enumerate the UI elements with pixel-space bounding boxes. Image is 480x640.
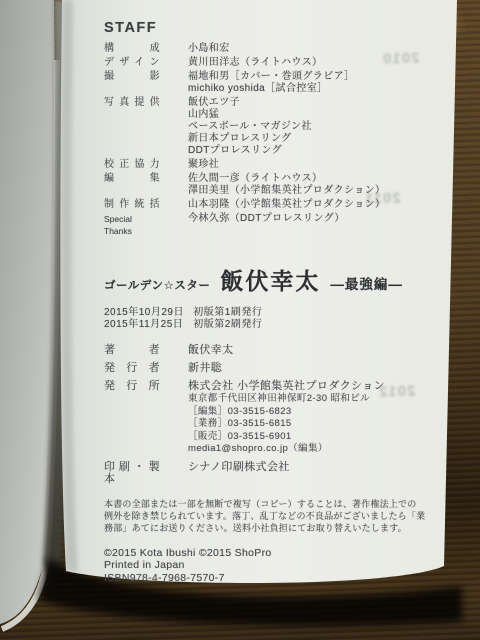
notice-line: 務部」あてにお送りください。送料小社負担にてお取り替えいたします。 [104, 522, 434, 534]
publisher-phone-editorial: ［編集］03-3515-6823 [188, 406, 434, 418]
publisher-phone-operations: ［業務］03-3515-6815 [188, 418, 434, 430]
notice-line: 本書の全部または一部を無断で複写（コピー）することは、著作権法上での [104, 498, 434, 510]
edition-line: 2015年11月25日 初版第2刷発行 [104, 319, 434, 331]
edition-line: 2015年10月29日 初版第1刷発行 [104, 307, 434, 319]
publication-label: 発行所 [104, 380, 160, 456]
staff-role-label: 編集 [104, 173, 160, 197]
publisher-row: 発行所 株式会社 小学館集英社プロダクション 東京都千代田区神田神保町2-30 … [104, 380, 434, 456]
staff-row-photo-credit: 写真提供 飯伏エツ子 山内猛 ベースボール・マガジン社 新日本プロレスリング D… [104, 97, 434, 157]
colophon-content: STAFF 構成 小島和宏 デザイン 黄川田洋志（ライトハウス） 撮影 福地和男… [62, 0, 458, 584]
notice-line: 例外を除き禁じられています。落丁、乱丁などの不良品がございましたら「業 [104, 510, 434, 522]
staff-credit: 山本羽隆（小学館集英社プロダクション） [188, 199, 434, 211]
copyright-notice: 本書の全部または一部を無断で複写（コピー）することは、著作権法上での 例外を除き… [104, 498, 434, 534]
staff-row-composition: 構成 小島和宏 [104, 43, 434, 55]
staff-row-production: 制作統括 山本羽隆（小学館集英社プロダクション） [104, 199, 434, 211]
edition-date: 2015年10月29日 [104, 307, 190, 319]
staff-row-design: デザイン 黄川田洋志（ライトハウス） [104, 57, 434, 69]
publication-label: 発行者 [104, 362, 160, 375]
printer-row: 印刷・製本 シナノ印刷株式会社 [104, 461, 434, 486]
edition-label: 初版第1刷発行 [193, 307, 262, 318]
staff-credit: 山内猛 [188, 109, 434, 121]
book-colophon-photo: { "page": { "staff": { "heading": "STAFF… [0, 0, 480, 640]
staff-credit: 小島和宏 [188, 43, 434, 55]
staff-credit: 澤田美里（小学館集英社プロダクション） [188, 185, 434, 197]
edition-label: 初版第2刷発行 [193, 319, 262, 330]
staff-credit: 新日本プロレスリング [188, 133, 434, 145]
staff-role-label: Special Thanks [104, 213, 160, 237]
edition-dates: 2015年10月29日 初版第1刷発行 2015年11月25日 初版第2刷発行 [104, 307, 434, 331]
book-main-title: 飯伏幸太 [220, 263, 320, 296]
staff-credit: DDTプロレスリング [188, 145, 434, 157]
staff-credit: 今林久弥（DDTプロレスリング） [188, 213, 434, 225]
staff-credit: 聚珍社 [188, 159, 434, 171]
staff-heading: STAFF [104, 20, 434, 36]
publisher-person-row: 発行者 新井聡 [104, 362, 434, 375]
staff-credit: ベースボール・マガジン社 [188, 121, 434, 133]
staff-row-editing: 編集 佐久間一彦（ライトハウス） 澤田美里（小学館集英社プロダクション） [104, 173, 434, 197]
book-title: ゴールデン☆スター 飯伏幸太 ―最強編― [104, 263, 434, 296]
staff-role-label: 構成 [104, 43, 160, 55]
printed-in-japan: Printed in Japan [104, 559, 434, 572]
staff-row-proofreading: 校正協力 聚珍社 [104, 159, 434, 171]
staff-credit: michiko yoshida［試合控室］ [188, 83, 434, 95]
book-series-title: ゴールデン☆スター [104, 277, 210, 293]
copyright-block: ©2015 Kota Ibushi ©2015 ShoPro Printed i… [104, 547, 434, 585]
author-row: 著者 飯伏幸太 [104, 344, 434, 357]
book-subtitle: ―最強編― [330, 273, 403, 293]
publisher-email: media1@shopro.co.jp（編集） [188, 443, 434, 455]
staff-role-label: 撮影 [104, 71, 160, 95]
copyright-line: ©2015 Kota Ibushi ©2015 ShoPro [104, 547, 434, 560]
author-name: 飯伏幸太 [188, 344, 434, 357]
staff-credit: 福地和男［カバー・巻頭グラビア］ [188, 71, 434, 83]
staff-role-label: 校正協力 [104, 159, 160, 171]
isbn: ISBN978-4-7968-7570-7 [104, 572, 434, 585]
publication-info: 著者 飯伏幸太 発行者 新井聡 発行所 株式会社 小学館集英社プロダクション 東… [104, 344, 434, 486]
staff-role-label: 写真提供 [104, 97, 160, 157]
publisher-name: 株式会社 小学館集英社プロダクション [188, 380, 434, 393]
staff-row-special-thanks: Special Thanks 今林久弥（DDTプロレスリング） [104, 213, 434, 237]
publisher-address: 東京都千代田区神田神保町2-30 昭和ビル [188, 393, 434, 405]
publication-label: 著者 [104, 344, 160, 357]
edition-date: 2015年11月25日 [104, 319, 190, 331]
publisher-person: 新井聡 [188, 362, 434, 375]
publication-label: 印刷・製本 [104, 461, 160, 486]
staff-credit: 飯伏エツ子 [188, 97, 434, 109]
staff-role-label: デザイン [104, 57, 160, 69]
staff-role-label: 制作統括 [104, 199, 160, 211]
staff-credit: 黄川田洋志（ライトハウス） [188, 57, 434, 69]
staff-row-photography: 撮影 福地和男［カバー・巻頭グラビア］ michiko yoshida［試合控室… [104, 71, 434, 95]
printer-name: シナノ印刷株式会社 [188, 461, 434, 474]
publisher-phone-sales: ［販売］03-3515-6901 [188, 431, 434, 443]
staff-credit: 佐久間一彦（ライトハウス） [188, 173, 434, 185]
